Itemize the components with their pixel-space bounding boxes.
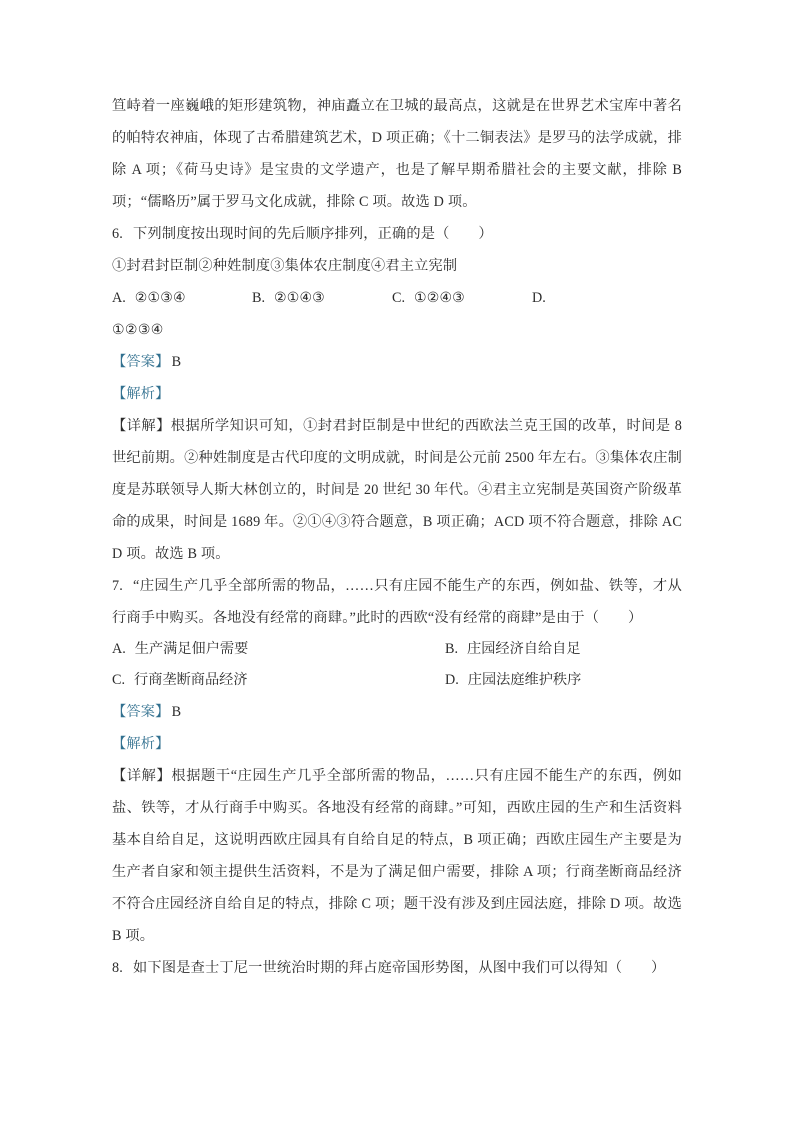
- exam-document-page: 笪峙着一座巍峨的矩形建筑物，神庙矗立在卫城的最高点，这就是在世界艺术宝库中著名的…: [0, 0, 793, 1122]
- question-7-answer: B: [172, 704, 182, 720]
- question-6-option-d-value: ①②③④: [112, 314, 682, 346]
- question-7-detail-paragraph: 【详解】根据题干“庄园生产几乎全部所需的物品，……只有庄园不能生产的东西，例如盐…: [112, 760, 682, 952]
- question-6-answer: B: [172, 354, 182, 370]
- question-7-option-c: C.行商垄断商品经济: [112, 665, 445, 696]
- question-6-number: 6.: [112, 226, 123, 242]
- option-b-key: B.: [445, 641, 458, 657]
- question-7-option-b: B.庄园经济自给自足: [445, 634, 682, 665]
- question-8-stem-line: 8.如下图是查士丁尼一世统治时期的拜占庭帝国形势图，从图中我们可以得知（ ）: [112, 952, 682, 984]
- analysis-label: 【解析】: [112, 736, 170, 752]
- question-6-items-line: ①封君封臣制②种姓制度③集体农庄制度④君主立宪制: [112, 250, 682, 282]
- answer-label: 【答案】: [112, 704, 170, 720]
- previous-explanation-paragraph: 笪峙着一座巍峨的矩形建筑物，神庙矗立在卫城的最高点，这就是在世界艺术宝库中著名的…: [112, 90, 682, 218]
- option-a-key: A.: [112, 290, 126, 306]
- option-c-value: 行商垄断商品经济: [134, 672, 248, 688]
- option-b-value: 庄园经济自给自足: [467, 641, 581, 657]
- question-7-option-d: D.庄园法庭维护秩序: [445, 665, 682, 696]
- answer-label: 【答案】: [112, 354, 170, 370]
- question-6-option-a: A.②①③④: [112, 282, 252, 314]
- question-8-number: 8.: [112, 960, 123, 976]
- option-d-value: 庄园法庭维护秩序: [468, 672, 582, 688]
- question-6-stem-line: 6.下列制度按出现时间的先后顺序排列，正确的是（ ）: [112, 218, 682, 250]
- question-8-stem: 如下图是查士丁尼一世统治时期的拜占庭帝国形势图，从图中我们可以得知（ ）: [133, 960, 665, 976]
- option-a-key: A.: [112, 641, 126, 657]
- question-6-option-d-key-only: D.: [532, 282, 682, 314]
- option-c-key: C.: [392, 290, 405, 306]
- question-7-analysis-line: 【解析】: [112, 728, 682, 760]
- option-b-key: B.: [252, 290, 265, 306]
- option-c-value: ①②④③: [414, 290, 465, 306]
- option-c-key: C.: [112, 672, 125, 688]
- question-7-answer-line: 【答案】B: [112, 696, 682, 728]
- question-6-option-b: B.②①④③: [252, 282, 392, 314]
- question-6-option-c: C.①②④③: [392, 282, 532, 314]
- question-7-number: 7.: [112, 578, 123, 594]
- option-d-key: D.: [445, 672, 459, 688]
- question-6-analysis-line: 【解析】: [112, 378, 682, 410]
- question-7-stem: “庄园生产几乎全部所需的物品，……只有庄园不能生产的东西，例如盐、铁等，才从行商…: [112, 578, 682, 626]
- question-7-stem-line: 7.“庄园生产几乎全部所需的物品，……只有庄园不能生产的东西，例如盐、铁等，才从…: [112, 570, 682, 634]
- option-a-value: ②①③④: [135, 290, 186, 306]
- question-6-detail-paragraph: 【详解】根据所学知识可知，①封君封臣制是中世纪的西欧法兰克王国的改革，时间是 8…: [112, 410, 682, 570]
- analysis-label: 【解析】: [112, 386, 170, 402]
- option-d-key: D.: [532, 290, 546, 306]
- option-b-value: ②①④③: [274, 290, 325, 306]
- question-6-options-row: A.②①③④ B.②①④③ C.①②④③ D.: [112, 282, 682, 314]
- question-6-stem: 下列制度按出现时间的先后顺序排列，正确的是（ ）: [133, 226, 493, 242]
- question-7-option-a: A.生产满足佃户需要: [112, 634, 445, 665]
- question-6-answer-line: 【答案】B: [112, 346, 682, 378]
- option-a-value: 生产满足佃户需要: [135, 641, 249, 657]
- question-7-options-grid: A.生产满足佃户需要 B.庄园经济自给自足 C.行商垄断商品经济 D.庄园法庭维…: [112, 634, 682, 696]
